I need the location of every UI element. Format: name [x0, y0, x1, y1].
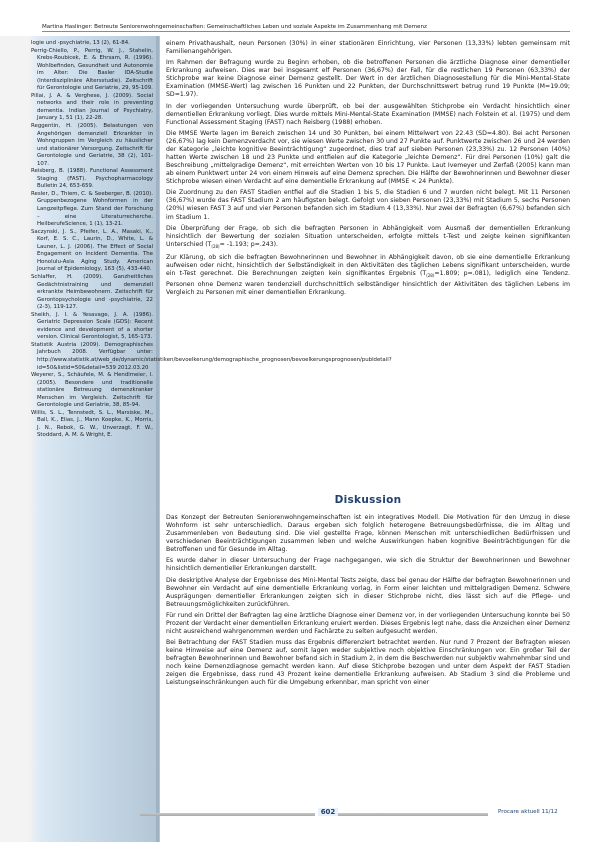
- reference-item: Statistik Austria (2009). Demographische…: [31, 342, 153, 372]
- page-number: 602: [318, 808, 338, 816]
- references-list: logie und -psychiatrie, 13 (2), 61-84. P…: [31, 40, 153, 440]
- body-paragraph: Für rund ein Drittel der Befragten lag e…: [166, 612, 570, 636]
- ttest-result: = -1.193; p=.243).: [220, 241, 278, 248]
- footer-rule-right: [338, 813, 488, 816]
- running-head: Martina Haslinger: Betreute Seniorenwohn…: [42, 24, 570, 32]
- body-paragraph: einem Privathaushalt, neun Personen (30%…: [166, 40, 570, 56]
- sidebar-edge: [156, 36, 159, 842]
- reference-item: Reggentin, H. (2005). Belastungen von An…: [31, 123, 153, 168]
- journal-issue: Procare aktuell 11/12: [498, 809, 558, 815]
- ttest-paragraph-social: Die Überprüfung der Frage, ob sich die b…: [166, 225, 570, 251]
- reference-item: Perrig-Chiello, P., Perrig, W. J., Stahe…: [31, 48, 153, 93]
- reference-item: logie und -psychiatrie, 13 (2), 61-84.: [31, 40, 153, 48]
- body-paragraph: Die deskriptive Analyse der Ergebnisse d…: [166, 577, 570, 609]
- section-heading-discussion: Diskussion: [166, 494, 570, 506]
- footer-rule-left: [140, 813, 315, 816]
- body-paragraph: Das Konzept der Betreuten Seniorenwohnge…: [166, 514, 570, 554]
- reference-item: Pillai, J. A. & Verghese, J. (2009). Soc…: [31, 93, 153, 123]
- reference-item: Weyerer, S., Schäufele, M. & Hendlmeier,…: [31, 372, 153, 410]
- discussion-section: Das Konzept der Betreuten Seniorenwohnge…: [166, 514, 570, 691]
- reference-item: Willis, S. L., Tennstedt, S. L., Marsisk…: [31, 410, 153, 440]
- body-paragraph: Es wurde daher in dieser Untersuchung de…: [166, 557, 570, 573]
- reference-item: Sheikh, J. I. & Yesavage, J. A. (1986). …: [31, 312, 153, 342]
- body-paragraph: Die Zuordnung zu den FAST Stadien entfie…: [166, 189, 570, 221]
- degrees-of-freedom: (28): [211, 244, 219, 249]
- body-paragraph: Im Rahmen der Befragung wurde zu Beginn …: [166, 59, 570, 99]
- reference-item: Schlaffer, H. (2009). Ganzheitliches Ged…: [31, 274, 153, 312]
- body-paragraph: Bei Betrachtung der FAST Stadien muss da…: [166, 639, 570, 687]
- reference-item: Resler, D., Thiem, C. & Seeberger, B. (2…: [31, 191, 153, 229]
- reference-item: Reisberg, B. (1988). Functional Assessme…: [31, 168, 153, 191]
- results-section: einem Privathaushalt, neun Personen (30%…: [166, 40, 570, 300]
- ttest-paragraph-adl: Zur Klärung, ob sich die befragten Bewoh…: [166, 254, 570, 296]
- reference-item: Saczynski, J. S., Pfeifer, L. A., Masaki…: [31, 229, 153, 274]
- body-paragraph: In der vorliegenden Untersuchung wurde ü…: [166, 103, 570, 127]
- body-paragraph: Die MMSE Werte lagen im Bereich zwischen…: [166, 130, 570, 186]
